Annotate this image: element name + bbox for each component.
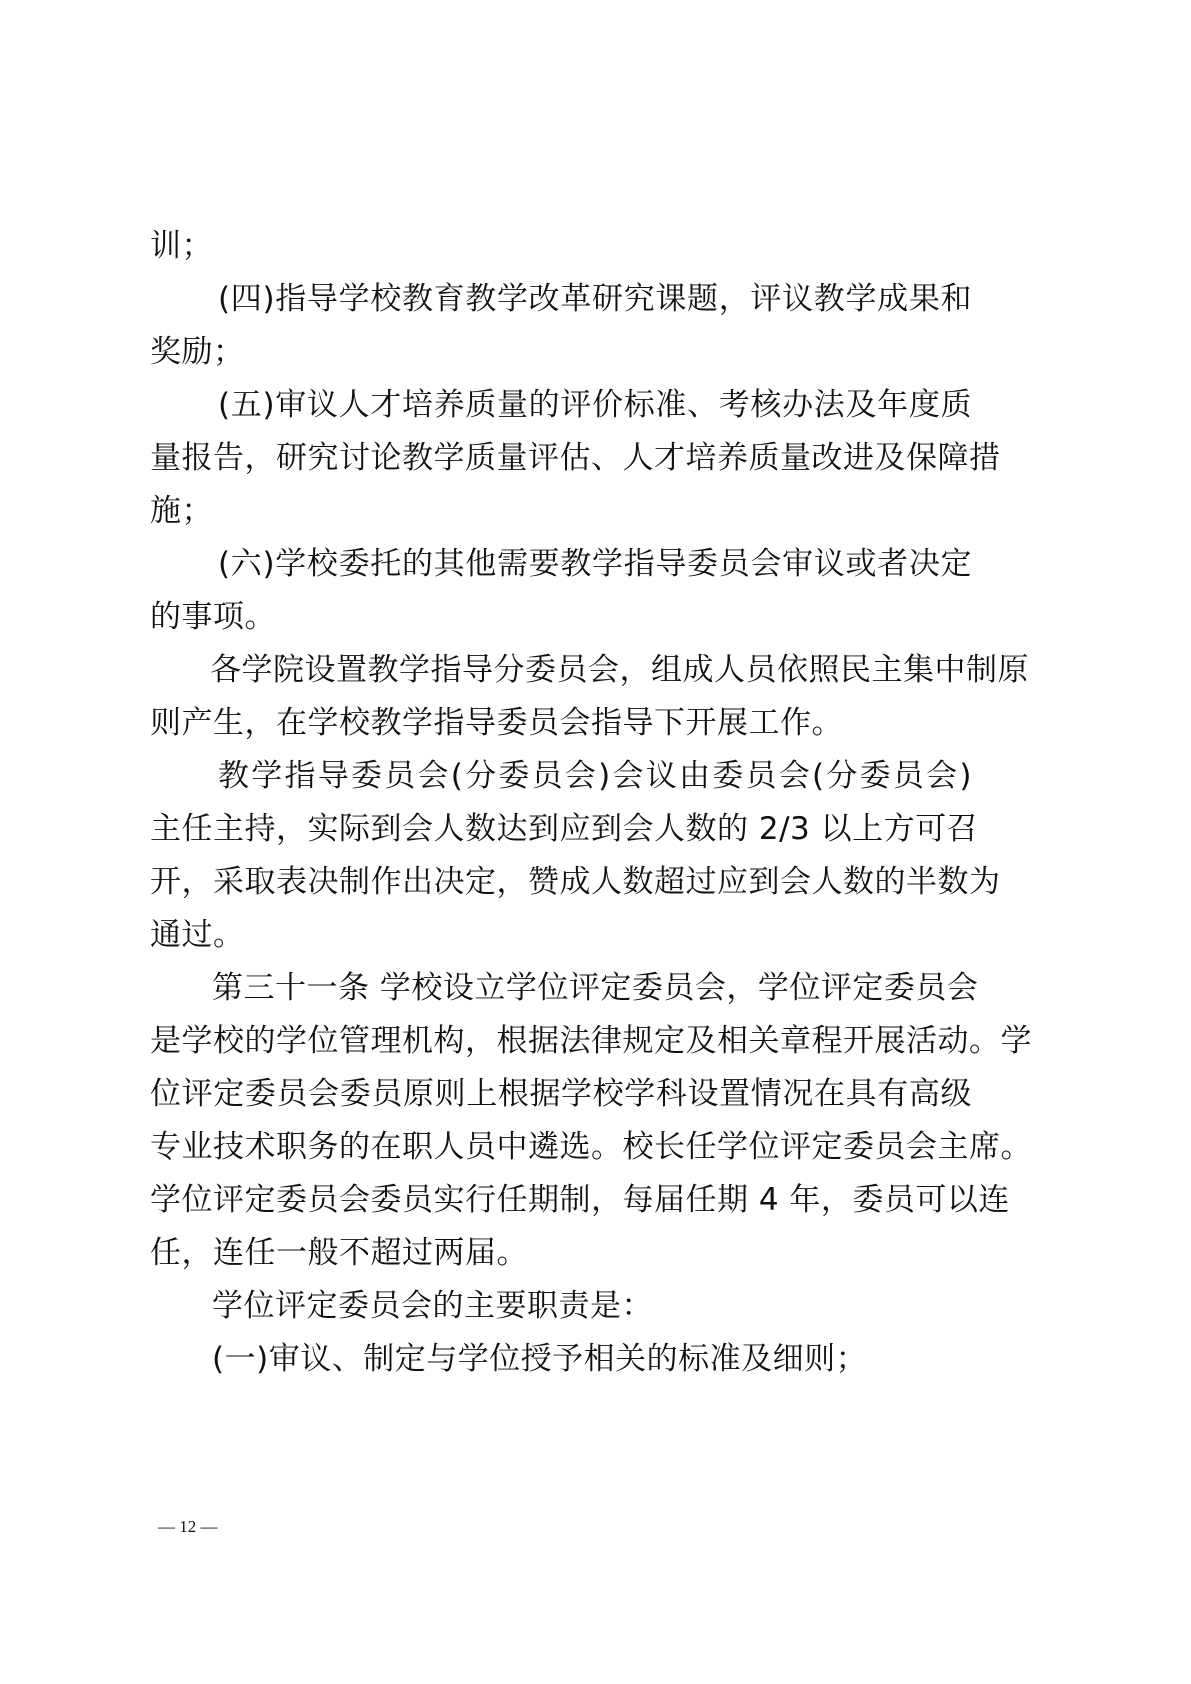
text-line: 任，连任一般不超过两届。 <box>150 1233 972 1273</box>
text-line: 施； <box>150 491 972 531</box>
text-line: 通过。 <box>150 915 972 955</box>
text-line: 专业技术职务的在职人员中遴选。校长任学位评定委员会主席。 <box>150 1127 972 1167</box>
text-line: 奖励； <box>150 332 972 372</box>
text-line: 训； <box>150 226 972 266</box>
text-line: 主任主持，实际到会人数达到应到会人数的 2/3 以上方可召 <box>150 809 972 849</box>
text-line: (六)学校委托的其他需要教学指导委员会审议或者决定 <box>218 544 972 584</box>
text-line: 的事项。 <box>150 597 972 637</box>
text-line: 教学指导委员会(分委员会)会议由委员会(分委员会) <box>218 756 972 796</box>
text-line: 量报告，研究讨论教学质量评估、人才培养质量改进及保障措 <box>150 438 972 478</box>
page-number: — 12 — <box>158 1517 218 1537</box>
text-line: 是学校的学位管理机构，根据法律规定及相关章程开展活动。学 <box>150 1021 972 1061</box>
text-line: 学位评定委员会委员实行任期制，每届任期 4 年，委员可以连 <box>150 1180 972 1220</box>
document-page: 训；(四)指导学校教育教学改革研究课题，评议教学成果和奖励；(五)审议人才培养质… <box>0 0 1191 1684</box>
text-line: (四)指导学校教育教学改革研究课题，评议教学成果和 <box>218 279 972 319</box>
text-line: 各学院设置教学指导分委员会，组成人员依照民主集中制原 <box>210 650 972 690</box>
text-line: (五)审议人才培养质量的评价标准、考核办法及年度质 <box>218 385 972 425</box>
text-line: 位评定委员会委员原则上根据学校学科设置情况在具有高级 <box>150 1074 972 1114</box>
text-line: 则产生，在学校教学指导委员会指导下开展工作。 <box>150 703 972 743</box>
text-line: 学位评定委员会的主要职责是： <box>212 1286 972 1326</box>
text-line: 开，采取表决制作出决定，赞成人数超过应到会人数的半数为 <box>150 862 972 902</box>
text-line: (一)审议、制定与学位授予相关的标准及细则； <box>212 1339 972 1379</box>
text-line: 第三十一条 学校设立学位评定委员会，学位评定委员会 <box>212 968 972 1008</box>
